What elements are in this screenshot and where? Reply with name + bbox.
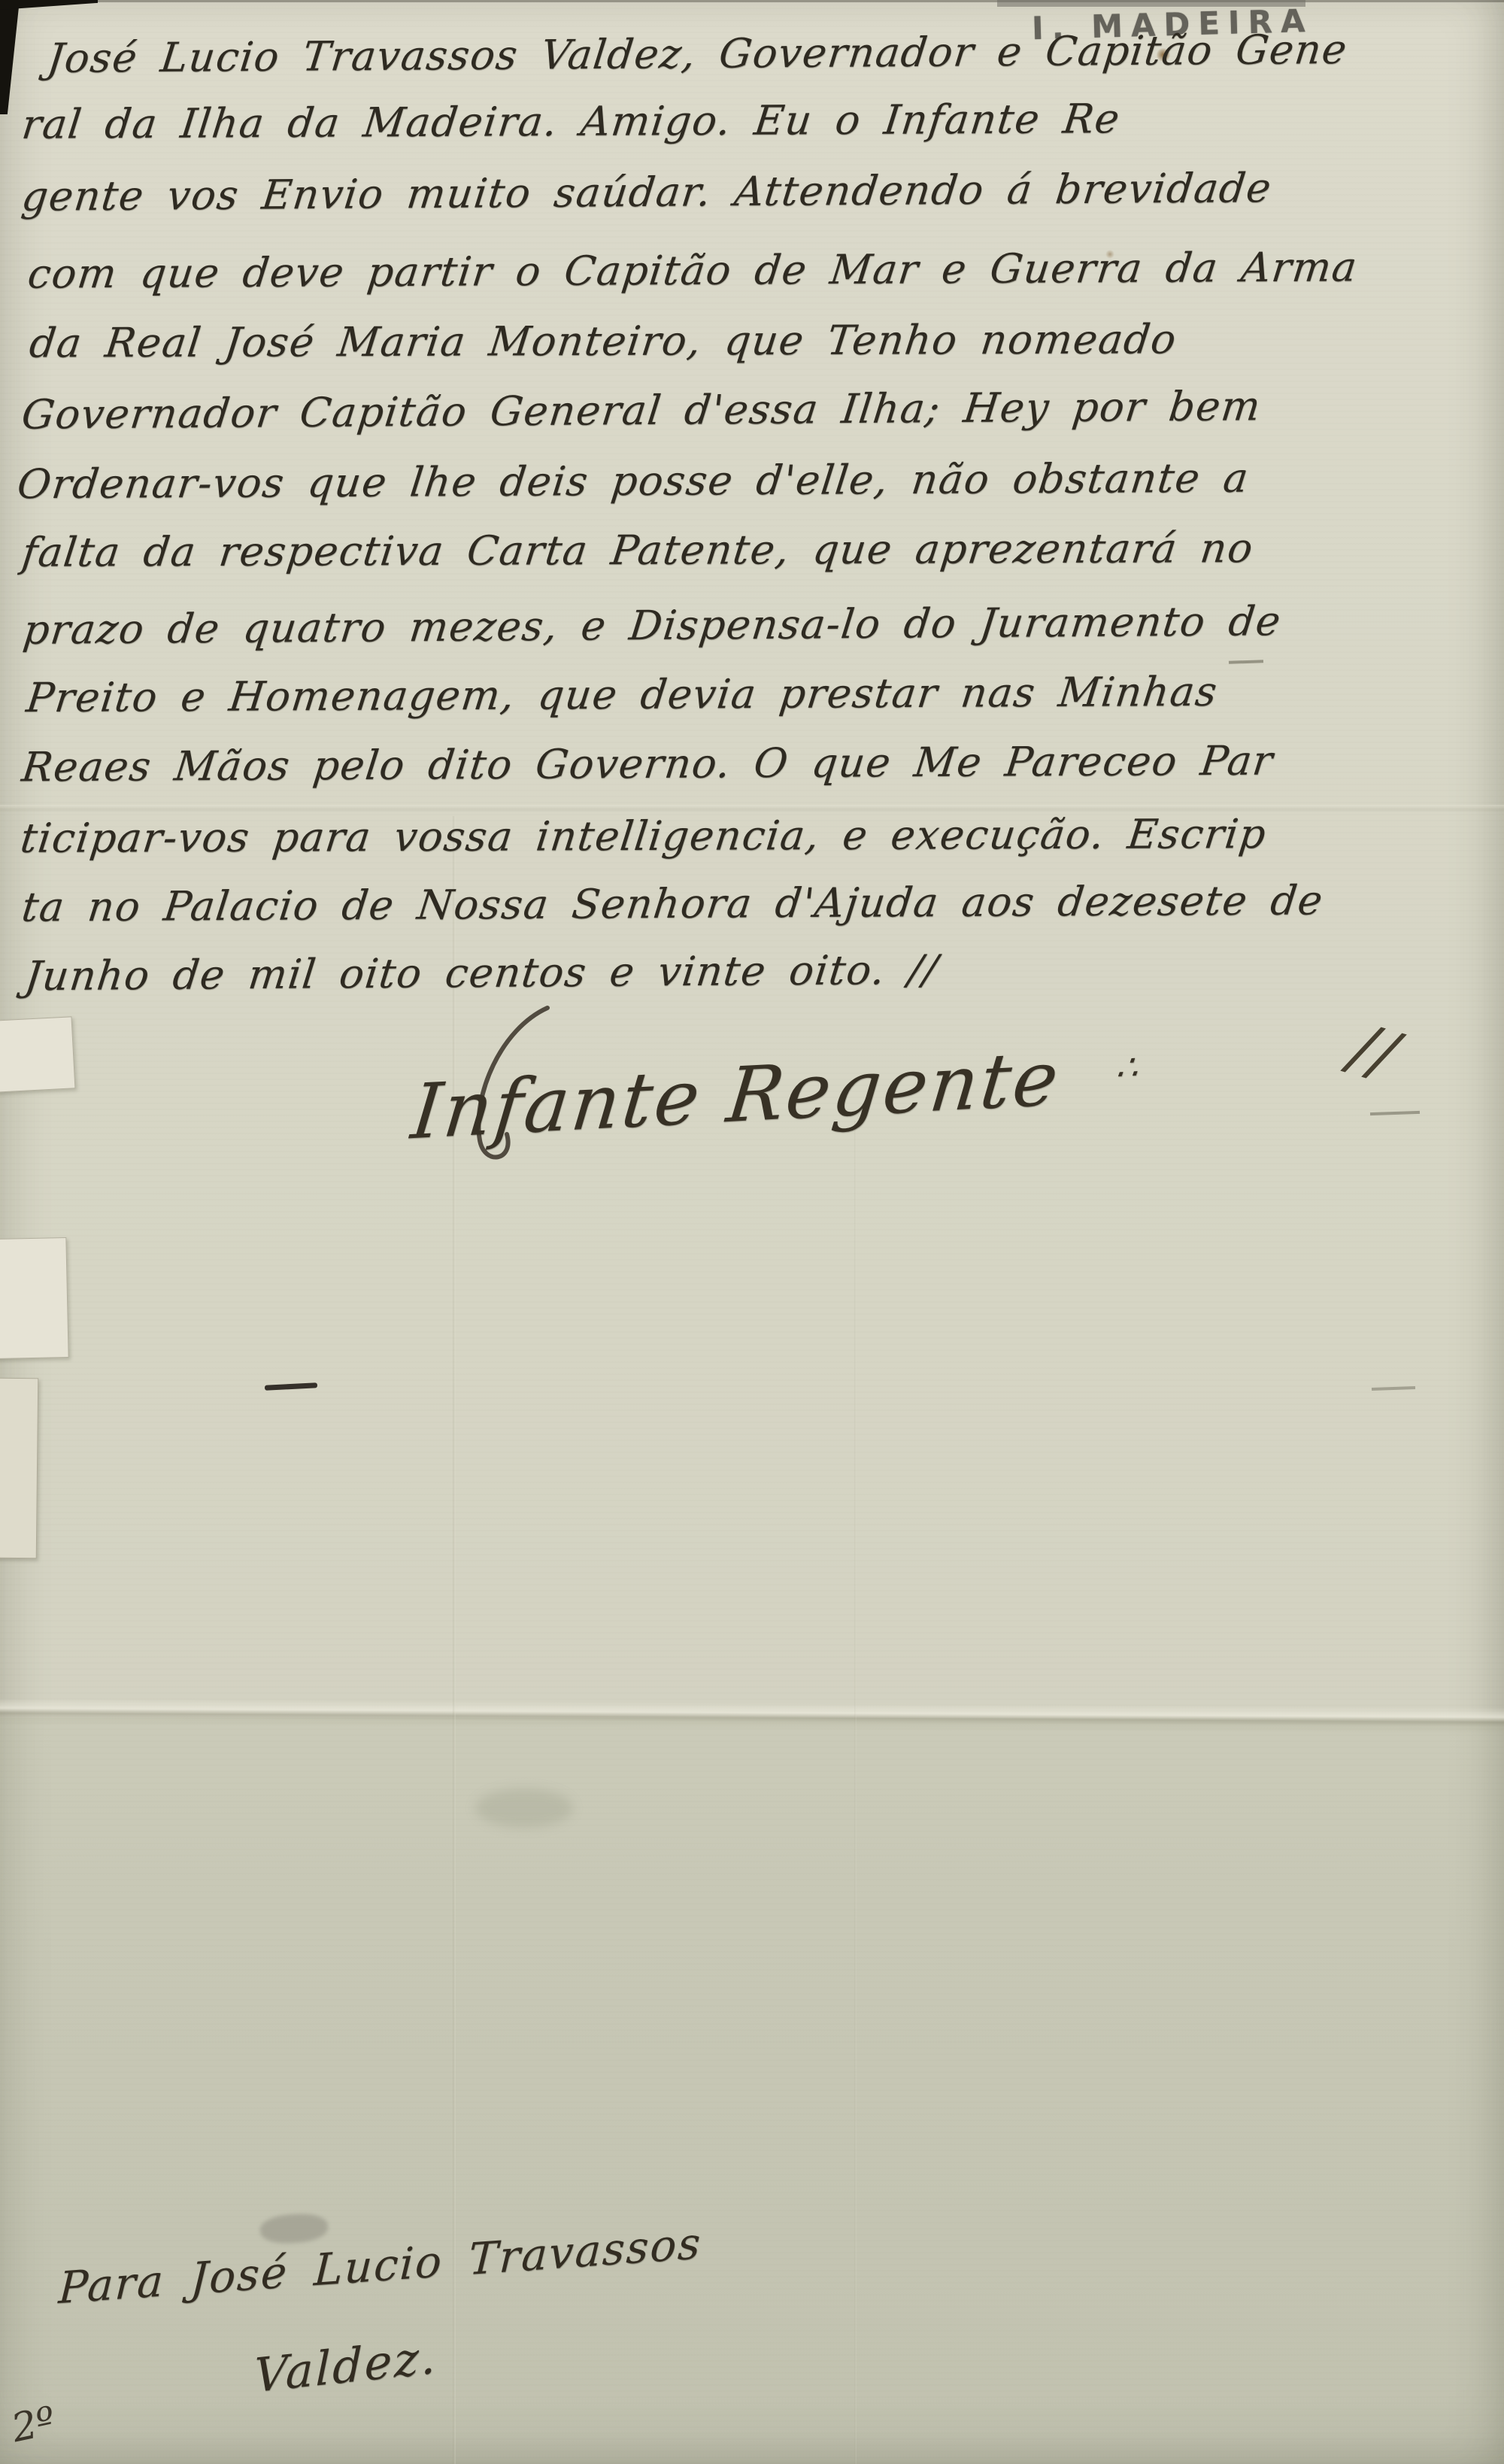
ink-dash-mark bbox=[265, 1382, 317, 1391]
body-line-13: ta no Palacio de Nossa Senhora d'Ajuda a… bbox=[20, 876, 1327, 930]
tape-fragment-upper bbox=[0, 1016, 75, 1092]
ink-showthrough-smudge bbox=[475, 1789, 573, 1828]
body-line-2: ral da Ilha da Madeira. Amigo. Eu o Infa… bbox=[20, 95, 1123, 148]
body-line-11: Reaes Mãos pelo dito Governo. O que Me P… bbox=[20, 737, 1276, 791]
body-line-10: Preito e Homenagem, que devia prestar na… bbox=[24, 668, 1220, 721]
body-line-12: ticipar-vos para vossa intelligencia, e … bbox=[18, 810, 1269, 862]
body-line-9: prazo de quatro mezes, e Dispensa-lo do … bbox=[21, 597, 1284, 654]
faint-margin-dash-2 bbox=[1370, 1111, 1420, 1115]
faint-margin-dash-3 bbox=[1372, 1386, 1415, 1391]
vertical-fold-center bbox=[854, 1121, 857, 2464]
signature-slash-flourish: // bbox=[1342, 1009, 1405, 1094]
body-line-4: com que deve partir o Capitão de Mar e G… bbox=[26, 243, 1360, 297]
page-number-mark: 2º bbox=[8, 2399, 59, 2452]
manuscript-page: I. MADEIRA José Lucio Travassos Valdez, … bbox=[0, 0, 1504, 2464]
dark-corner-top-left bbox=[0, 0, 20, 114]
horizontal-fold-faint bbox=[0, 805, 1504, 812]
body-line-7: Ordenar-vos que lhe deis posse d'elle, n… bbox=[15, 454, 1252, 508]
dark-strip-top-left bbox=[0, 0, 98, 10]
lower-panel-shading bbox=[0, 1718, 1504, 2464]
body-line-5: da Real José Maria Monteiro, que Tenho n… bbox=[27, 315, 1180, 366]
body-line-3: gente vos Envio muito saúdar. Attendendo… bbox=[20, 164, 1275, 220]
tape-fragment-lower bbox=[0, 1378, 38, 1559]
tape-fragment-middle bbox=[0, 1237, 69, 1359]
body-line-1: José Lucio Travassos Valdez, Governador … bbox=[45, 26, 1351, 82]
body-line-6: Governador Capitão General d'essa Ilha; … bbox=[20, 382, 1264, 438]
faint-margin-dash-1 bbox=[1229, 660, 1263, 664]
signature-certification-mark: ∴ bbox=[1114, 1046, 1147, 1088]
body-line-14: Junho de mil oito centos e vinte oito. /… bbox=[23, 946, 942, 1000]
body-line-8: falta da respectiva Carta Patente, que a… bbox=[20, 524, 1257, 576]
